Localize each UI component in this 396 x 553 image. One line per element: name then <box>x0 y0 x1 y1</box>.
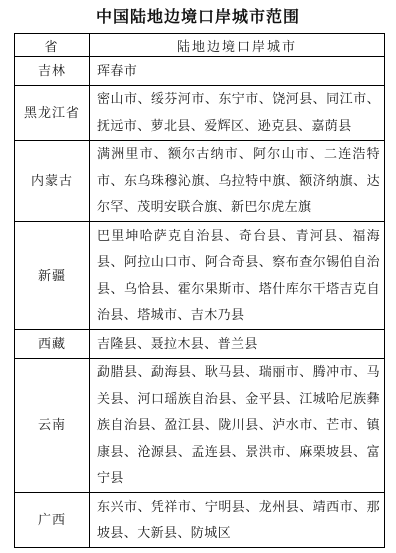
page-title: 中国陆地边境口岸城市范围 <box>0 4 396 27</box>
province-cell: 西藏 <box>15 330 90 359</box>
column-header-cities: 陆地边境口岸城市 <box>90 34 385 57</box>
table-header-row: 省 陆地边境口岸城市 <box>15 34 385 57</box>
cities-cell: 吉隆县、聂拉木县、普兰县 <box>90 330 385 359</box>
cities-cell: 密山市、绥芬河市、东宁市、饶河县、同江市、抚远市、萝北县、爱辉区、逊克县、嘉荫县 <box>90 85 385 140</box>
cities-cell: 满洲里市、额尔古纳市、阿尔山市、二连浩特市、东乌珠穆沁旗、乌拉特中旗、额济纳旗、… <box>90 140 385 222</box>
border-cities-table: 省 陆地边境口岸城市 吉林 珲春市 黑龙江省 密山市、绥芬河市、东宁市、饶河县、… <box>14 33 385 548</box>
cities-cell: 勐腊县、勐海县、耿马县、瑞丽市、腾冲市、马关县、河口瑶族自治县、金平县、江城哈尼… <box>90 358 385 493</box>
province-cell: 广西 <box>15 493 90 548</box>
province-cell: 云南 <box>15 358 90 493</box>
table-row: 吉林 珲春市 <box>15 57 385 86</box>
province-cell: 吉林 <box>15 57 90 86</box>
cities-cell: 珲春市 <box>90 57 385 86</box>
province-cell: 内蒙古 <box>15 140 90 222</box>
cities-cell: 东兴市、凭祥市、宁明县、龙州县、靖西市、那坡县、大新县、防城区 <box>90 493 385 548</box>
table-row: 黑龙江省 密山市、绥芬河市、东宁市、饶河县、同江市、抚远市、萝北县、爱辉区、逊克… <box>15 85 385 140</box>
table-row: 西藏 吉隆县、聂拉木县、普兰县 <box>15 330 385 359</box>
table-row: 内蒙古 满洲里市、额尔古纳市、阿尔山市、二连浩特市、东乌珠穆沁旗、乌拉特中旗、额… <box>15 140 385 222</box>
province-cell: 黑龙江省 <box>15 85 90 140</box>
column-header-province: 省 <box>15 34 90 57</box>
cities-cell: 巴里坤哈萨克自治县、奇台县、青河县、福海县、阿拉山口市、阿合奇县、察布查尔锡伯自… <box>90 222 385 330</box>
table-row: 广西 东兴市、凭祥市、宁明县、龙州县、靖西市、那坡县、大新县、防城区 <box>15 493 385 548</box>
table-row: 云南 勐腊县、勐海县、耿马县、瑞丽市、腾冲市、马关县、河口瑶族自治县、金平县、江… <box>15 358 385 493</box>
table-row: 新疆 巴里坤哈萨克自治县、奇台县、青河县、福海县、阿拉山口市、阿合奇县、察布查尔… <box>15 222 385 330</box>
province-cell: 新疆 <box>15 222 90 330</box>
